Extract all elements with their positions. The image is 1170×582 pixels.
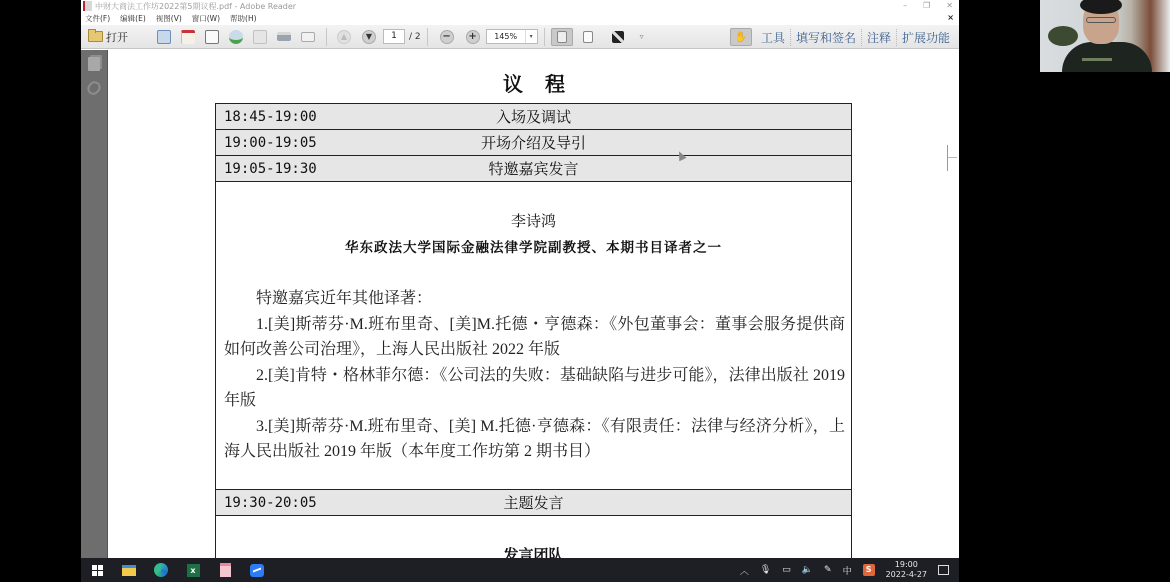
system-tray: ︿ 🎙 ▭ 🔈 ✎ 中 S 19:00 2022-4-27 xyxy=(740,558,949,582)
glasses xyxy=(1086,17,1116,23)
windows-logo-icon xyxy=(92,565,103,576)
excel-icon: x xyxy=(187,564,200,577)
webcam-video-feed xyxy=(1040,0,1170,72)
page-thumbnails-icon[interactable] xyxy=(88,57,100,71)
agenda-time: 19:30-20:05 xyxy=(224,495,317,511)
speaker-works: 特邀嘉宾近年其他译著： 1.[美]斯蒂芬·M.班布里奇、[美]M.托德・亨德森：… xyxy=(224,286,845,465)
pdf-reader-icon xyxy=(220,563,231,577)
pen-icon[interactable]: ✎ xyxy=(824,565,832,575)
export-pdf-icon xyxy=(181,30,195,44)
taskbar-file-explorer[interactable] xyxy=(113,558,145,582)
full-screen-button[interactable] xyxy=(603,28,633,46)
menu-file[interactable]: 文件(F) xyxy=(85,13,110,24)
volume-icon[interactable]: 🔈 xyxy=(802,565,813,575)
work-item: 2.[美]肯特・格林菲尔德：《公司法的失败：基础缺陷与进步可能》，法律出版社 2… xyxy=(224,363,845,414)
close-button[interactable]: ✕ xyxy=(946,0,953,11)
menu-view[interactable]: 视图(V) xyxy=(156,13,182,24)
windows-taskbar: x ︿ 🎙 ▭ 🔈 ✎ 中 S 19:00 2022-4-27 xyxy=(81,558,959,582)
toolbar: 打开 ▲ ▼ 1 / 2 − + 145% ▾ ▿ ✋ 工具 填写和签名 注释 xyxy=(81,25,959,49)
single-page-icon xyxy=(557,31,567,43)
print-icon xyxy=(277,32,291,41)
plus-icon: + xyxy=(466,30,480,44)
window-title: 中财大商法工作坊2022第5期议程.pdf - Adobe Reader xyxy=(95,1,296,12)
chevron-down-icon[interactable]: ▾ xyxy=(525,30,537,43)
taskbar-meeting-app[interactable] xyxy=(241,558,273,582)
agenda-row: 18:45-19:00 入场及调试 xyxy=(216,104,851,130)
open-button[interactable]: 打开 xyxy=(88,28,128,46)
zoom-level-select[interactable]: 145% ▾ xyxy=(486,29,538,44)
guest-speaker-section: 李诗鸿 华东政法大学国际金融法律学院副教授、本期书目译者之一 特邀嘉宾近年其他译… xyxy=(216,182,851,490)
open-label: 打开 xyxy=(106,29,128,45)
scroll-indicator[interactable] xyxy=(947,145,957,171)
create-pdf-button[interactable] xyxy=(152,28,176,46)
speaker-title: 华东政法大学国际金融法律学院副教授、本期书目译者之一 xyxy=(216,236,851,256)
hand-tool-button[interactable]: ✋ xyxy=(730,28,752,46)
menu-help[interactable]: 帮助(H) xyxy=(230,13,257,24)
clock-date: 2022-4-27 xyxy=(886,570,927,580)
minus-icon: − xyxy=(440,30,454,44)
input-language-indicator[interactable]: 中 xyxy=(843,564,852,577)
extended-pane-button[interactable]: 扩展功能 xyxy=(896,29,955,46)
document-title: 议程 xyxy=(109,68,959,97)
network-icon[interactable]: ▭ xyxy=(782,565,791,575)
cloud-upload-icon xyxy=(229,30,243,44)
agenda-time: 18:45-19:00 xyxy=(224,109,317,125)
export-pdf-button[interactable] xyxy=(176,28,200,46)
previous-page-button[interactable]: ▲ xyxy=(333,28,355,46)
clock[interactable]: 19:00 2022-4-27 xyxy=(886,560,927,580)
next-page-button[interactable]: ▼ xyxy=(355,28,383,46)
speaker-name: 李诗鸿 xyxy=(216,210,851,231)
zoom-out-button[interactable]: − xyxy=(434,28,460,46)
hand-icon: ✋ xyxy=(735,32,747,43)
title-bar: 中财大商法工作坊2022第5期议程.pdf - Adobe Reader – ❐… xyxy=(81,0,959,12)
edit-icon xyxy=(205,30,219,44)
adobe-reader-window: 中财大商法工作坊2022第5期议程.pdf - Adobe Reader – ❐… xyxy=(81,0,959,558)
menu-window[interactable]: 窗口(W) xyxy=(192,13,220,24)
agenda-row: 19:00-19:05 开场介绍及导引 xyxy=(216,130,851,156)
agenda-time: 19:00-19:05 xyxy=(224,135,317,151)
agenda-table: 18:45-19:00 入场及调试 19:00-19:05 开场介绍及导引 19… xyxy=(215,103,852,558)
meeting-app-icon xyxy=(250,564,264,577)
zoom-value: 145% xyxy=(487,32,525,41)
save-icon xyxy=(253,30,267,44)
microphone-icon[interactable]: 🎙 xyxy=(760,565,771,575)
taskbar-excel[interactable]: x xyxy=(177,558,209,582)
taskbar-pdf-reader[interactable] xyxy=(209,558,241,582)
works-intro: 特邀嘉宾近年其他译著： xyxy=(224,286,845,312)
agenda-row: 19:30-20:05 主题发言 xyxy=(216,490,851,516)
attachments-icon[interactable] xyxy=(85,79,103,97)
create-pdf-icon xyxy=(157,30,171,44)
clock-time: 19:00 xyxy=(895,560,918,570)
minimize-button[interactable]: – xyxy=(903,0,907,11)
background-plant xyxy=(1048,26,1078,46)
menu-edit[interactable]: 编辑(E) xyxy=(120,13,146,24)
work-item: 3.[美]斯蒂芬·M.班布里奇、[美] M.托德·亨德森：《有限责任：法律与经济… xyxy=(224,414,845,465)
menu-bar: 文件(F) 编辑(E) 视图(V) 窗口(W) 帮助(H) × xyxy=(81,12,959,25)
document-view[interactable]: 议程 18:45-19:00 入场及调试 19:00-19:05 开场介绍及导引… xyxy=(109,50,959,558)
arrow-down-icon: ▼ xyxy=(362,30,376,44)
fit-page-icon xyxy=(583,31,593,43)
edit-button[interactable] xyxy=(200,28,224,46)
agenda-time: 19:05-19:30 xyxy=(224,161,317,177)
taskbar-edge[interactable] xyxy=(145,558,177,582)
start-button[interactable] xyxy=(81,558,113,582)
notification-center-icon[interactable] xyxy=(938,565,949,575)
shirt-stripe xyxy=(1082,58,1112,61)
navigation-pane xyxy=(81,50,108,558)
team-heading: 发言团队 xyxy=(216,544,851,558)
fill-sign-pane-button[interactable]: 填写和签名 xyxy=(790,29,861,46)
edge-browser-icon xyxy=(154,563,168,577)
expand-icon xyxy=(612,31,624,43)
save-button[interactable] xyxy=(248,28,272,46)
comment-pane-button[interactable]: 注释 xyxy=(861,29,896,46)
print-button[interactable] xyxy=(272,28,296,46)
work-item: 1.[美]斯蒂芬·M.班布里奇、[美]M.托德・亨德森：《外包董事会：董事会服务… xyxy=(224,312,845,363)
restore-button[interactable]: ❐ xyxy=(923,0,930,11)
email-button[interactable] xyxy=(296,28,320,46)
agenda-row: 19:05-19:30 特邀嘉宾发言 xyxy=(216,156,851,182)
tools-pane-button[interactable]: 工具 xyxy=(756,29,790,46)
scroll-mode-button[interactable] xyxy=(551,28,573,46)
arrow-up-icon: ▲ xyxy=(337,30,351,44)
toolbar-divider xyxy=(326,28,327,46)
more-tools-button[interactable]: ▿ xyxy=(633,28,651,46)
sogou-ime-icon[interactable]: S xyxy=(863,564,875,576)
fit-page-button[interactable] xyxy=(573,28,603,46)
folder-icon xyxy=(88,31,103,42)
close-document-button[interactable]: × xyxy=(947,13,954,22)
show-hidden-icons-button[interactable]: ︿ xyxy=(740,564,749,577)
page-number-input[interactable]: 1 xyxy=(383,29,405,44)
pdf-app-icon xyxy=(83,1,92,11)
page-total: / 2 xyxy=(409,32,421,42)
upload-button[interactable] xyxy=(224,28,248,46)
zoom-in-button[interactable]: + xyxy=(460,28,486,46)
toolbar-divider xyxy=(544,28,545,46)
person-body xyxy=(1062,42,1152,72)
mail-icon xyxy=(301,32,315,42)
file-explorer-icon xyxy=(122,565,136,576)
speaker-team-section: 发言团队 xyxy=(216,516,851,558)
toolbar-divider xyxy=(427,28,428,46)
